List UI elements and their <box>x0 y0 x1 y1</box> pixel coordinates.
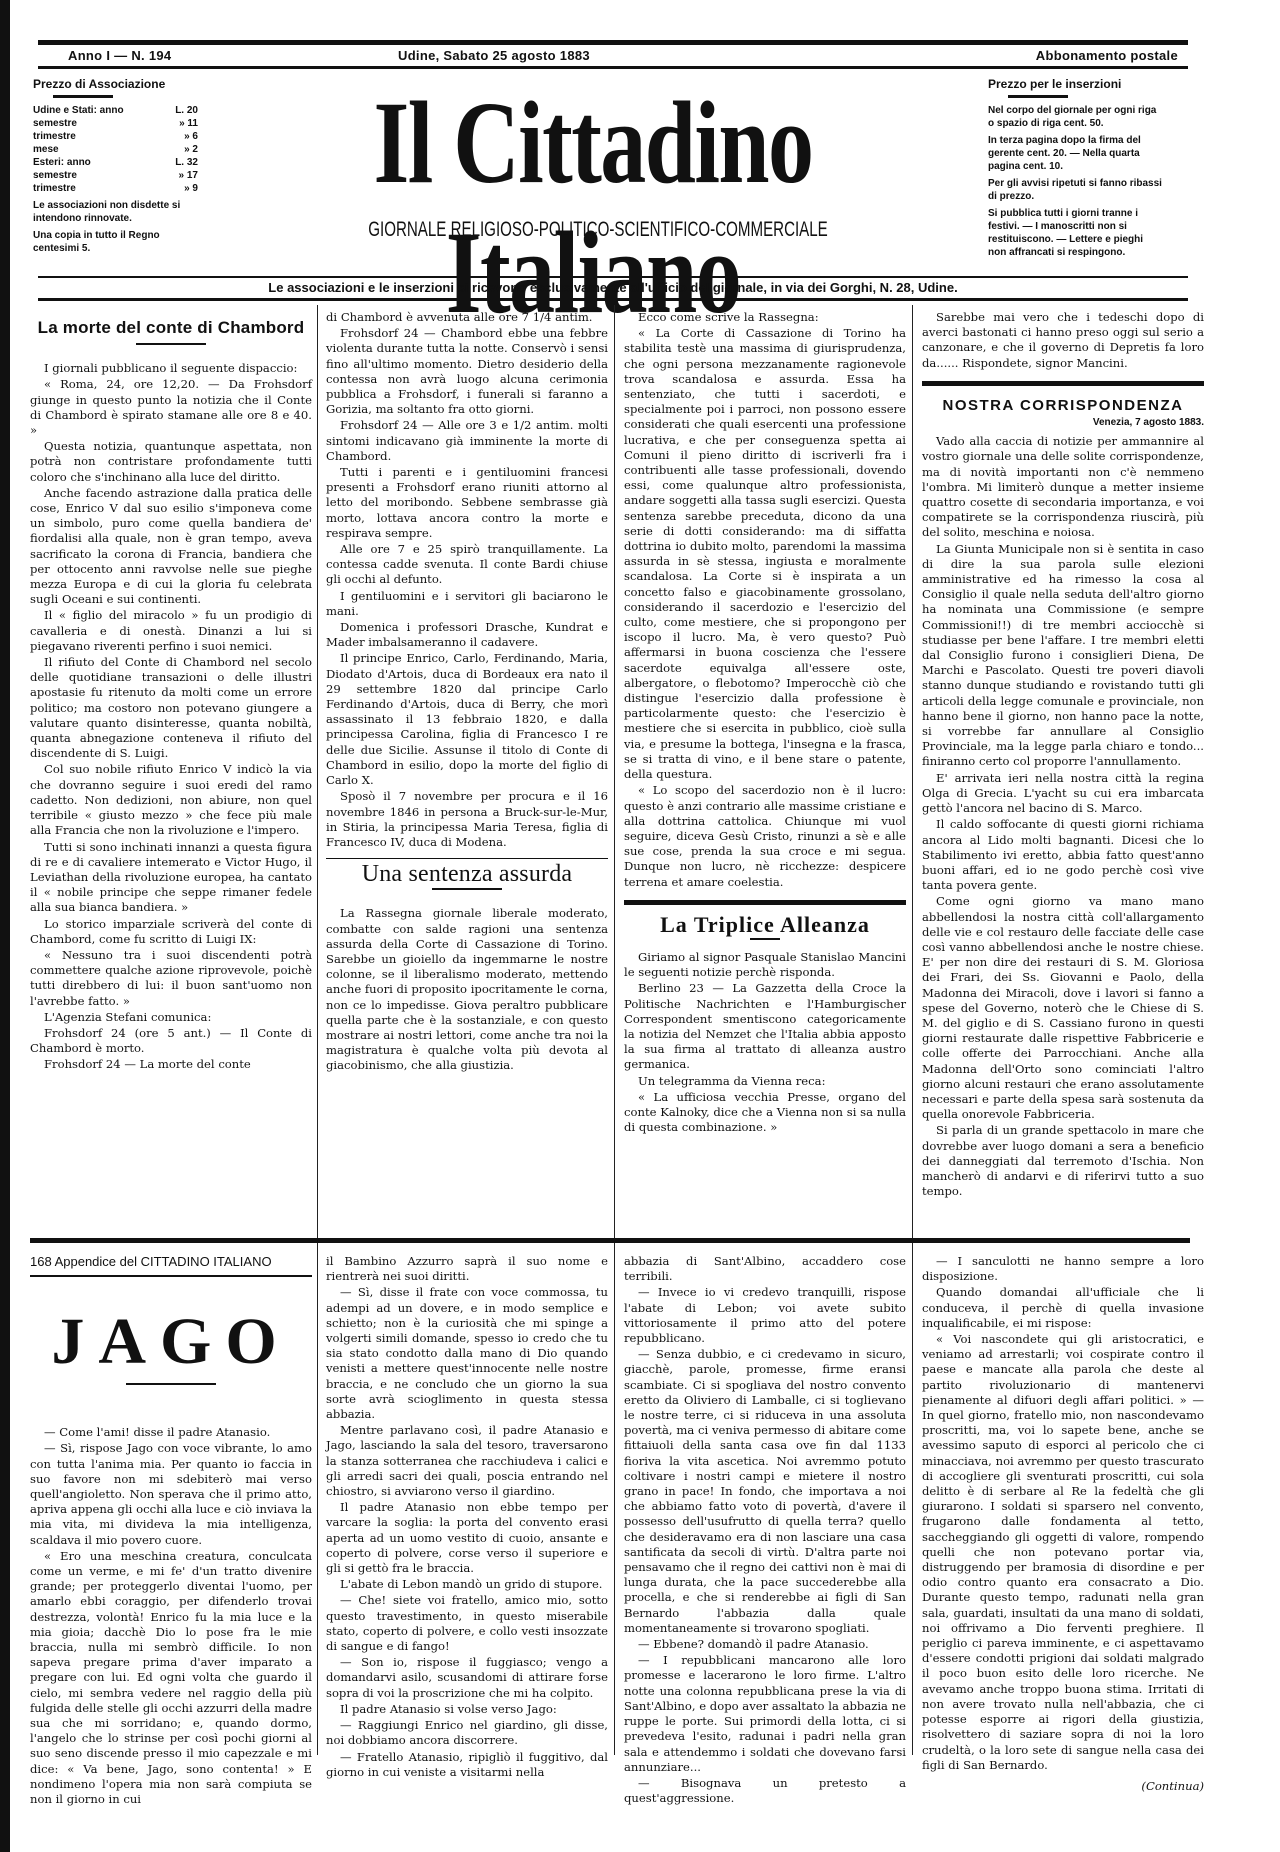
price-note: Per gli avvisi ripetuti si fanno ribassi… <box>988 177 1163 203</box>
column-2: di Chambord è avvenuta alle ore 7 1/4 an… <box>326 310 608 1075</box>
paragraph: La Giunta Municipale non si è sentita in… <box>922 542 1204 770</box>
paragraph: « Ero una meschina creatura, conculcata … <box>30 1549 312 1807</box>
paragraph: Il padre Atanasio si volse verso Jago: <box>326 1702 608 1717</box>
paragraph: Il « figlio del miracolo » fu un prodigi… <box>30 608 312 654</box>
paragraph: « Voi nascondete qui gli aristocratici, … <box>922 1332 1204 1773</box>
paragraph: L'Agenzia Stefani comunica: <box>30 1010 312 1025</box>
appendix-column-3: abbazia di Sant'Albino, accaddero cose t… <box>624 1254 906 1807</box>
appendix-header: 168 Appendice del CITTADINO ITALIANO <box>30 1250 312 1277</box>
price-row: trimestre» 9 <box>33 182 198 195</box>
top-rule <box>38 40 1188 45</box>
paragraph: Il caldo soffocante di questi giorni ric… <box>922 817 1204 893</box>
article-title: Una sentenza assurda <box>326 867 608 882</box>
section-rule <box>326 858 608 859</box>
column-divider <box>614 305 615 1755</box>
paragraph: Sarebbe mai vero che i tedeschi dopo di … <box>922 310 1204 371</box>
article-title: La morte del conte di Chambord <box>30 320 312 335</box>
ornament-rule <box>53 95 113 98</box>
price-row: Udine e Stati: annoL. 20 <box>33 104 198 117</box>
ornament-rule <box>1008 95 1068 98</box>
paragraph: Tutti i parenti e i gentiluomini frances… <box>326 465 608 541</box>
paragraph: « La Corte di Cassazione di Torino ha st… <box>624 326 906 782</box>
paragraph: La Rassegna giornale liberale moderato, … <box>326 906 608 1073</box>
paragraph: — Raggiungi Enrico nel giardino, gli dis… <box>326 1718 608 1748</box>
paragraph: di Chambord è avvenuta alle ore 7 1/4 an… <box>326 310 608 325</box>
paragraph: Il padre Atanasio non ebbe tempo per var… <box>326 1500 608 1576</box>
paragraph: Il rifiuto del Conte di Chambord nel sec… <box>30 655 312 761</box>
paragraph: I gentiluomini e i servitori gli baciaro… <box>326 589 608 619</box>
paragraph: Giriamo al signor Pasquale Stanislao Man… <box>624 950 906 980</box>
insertion-prices-title: Prezzo per le inserzioni <box>988 78 1163 91</box>
subscription-prices: Prezzo di Associazione Udine e Stati: an… <box>33 78 198 255</box>
appendix-column-4: — I sanculotti ne hanno sempre a loro di… <box>922 1254 1204 1794</box>
price-row: Esteri: annoL. 32 <box>33 156 198 169</box>
dateline-bar: Anno I — N. 194 Udine, Sabato 25 agosto … <box>38 48 1188 64</box>
paragraph: Tutti si sono inchinati innanzi a questa… <box>30 840 312 916</box>
paragraph: — Come l'ami! disse il padre Atanasio. <box>30 1425 312 1440</box>
title-rule <box>136 343 206 345</box>
title-rule <box>432 888 502 890</box>
price-note: Nel corpo del giornale per ogni riga o s… <box>988 104 1163 130</box>
issue-date: Udine, Sabato 25 agosto 1883 <box>398 48 590 63</box>
appendix-column-1: 168 Appendice del CITTADINO ITALIANO JAG… <box>30 1250 312 1808</box>
paragraph: I giornali pubblicano il seguente dispac… <box>30 361 312 376</box>
appendix-column-2: il Bambino Azzurro saprà il suo nome e r… <box>326 1254 608 1781</box>
paragraph: Mentre parlavano così, il padre Atanasio… <box>326 1423 608 1499</box>
article-title: La Triplice Alleanza <box>624 917 906 932</box>
column-4: Sarebbe mai vero che i tedeschi dopo di … <box>922 310 1204 1200</box>
paragraph: Come ogni giorno va mano mano abbellendo… <box>922 894 1204 1122</box>
price-note: Una copia in tutto il Regno centesimi 5. <box>33 229 198 255</box>
paragraph: « Roma, 24, ore 12,20. — Da Frohsdorf gi… <box>30 377 312 438</box>
title-rule <box>126 1383 216 1385</box>
paragraph: L'abate di Lebon mandò un grido di stupo… <box>326 1577 608 1592</box>
paragraph: Ecco come scrive la Rassegna: <box>624 310 906 325</box>
section-rule <box>624 900 906 905</box>
paragraph: Frohsdorf 24 — Chambord ebbe una febbre … <box>326 326 608 417</box>
paragraph: — Che! siete voi fratello, amico mio, so… <box>326 1593 608 1654</box>
paragraph: Anche facendo astrazione dalla pratica d… <box>30 486 312 608</box>
article-title: NOSTRA CORRISPONDENZA <box>922 398 1204 413</box>
price-row: semestre» 11 <box>33 117 198 130</box>
paragraph: — Fratello Atanasio, ripigliò il fuggiti… <box>326 1750 608 1780</box>
issue-number: Anno I — N. 194 <box>68 48 171 63</box>
paragraph: — Son io, rispose il fuggiasco; vengo a … <box>326 1655 608 1701</box>
paragraph: — Bisognava un pretesto a quest'aggressi… <box>624 1776 906 1806</box>
masthead-rule <box>38 276 1188 278</box>
paragraph: Si parla di un grande spettacolo in mare… <box>922 1123 1204 1199</box>
paragraph: Un telegramma da Vienna reca: <box>624 1074 906 1089</box>
paragraph: — Ebbene? domandò il padre Atanasio. <box>624 1637 906 1652</box>
price-row: mese» 2 <box>33 143 198 156</box>
column-3: Ecco come scrive la Rassegna: « La Corte… <box>624 310 906 1136</box>
paragraph: Vado alla caccia di notizie per ammannir… <box>922 434 1204 540</box>
column-1: La morte del conte di Chambord I giornal… <box>30 306 312 1074</box>
paragraph: Quando domandai all'ufficiale che li con… <box>922 1285 1204 1331</box>
office-rule <box>38 298 1188 301</box>
price-note: In terza pagina dopo la firma del gerent… <box>988 134 1163 173</box>
paragraph: Frohsdorf 24 (ore 5 ant.) — Il Conte di … <box>30 1026 312 1056</box>
newspaper-page: Anno I — N. 194 Udine, Sabato 25 agosto … <box>28 0 1193 1852</box>
continued-marker: (Continua) <box>922 1779 1204 1794</box>
paragraph: il Bambino Azzurro saprà il suo nome e r… <box>326 1254 608 1284</box>
paragraph: abbazia di Sant'Albino, accaddero cose t… <box>624 1254 906 1284</box>
paragraph: « La ufficiosa vecchia Presse, organo de… <box>624 1090 906 1136</box>
column-divider <box>912 305 913 1755</box>
subscription-prices-title: Prezzo di Associazione <box>33 78 198 91</box>
paragraph: — Senza dubbio, e ci credevamo in sicuro… <box>624 1347 906 1636</box>
paragraph: « Nessuno tra i suoi discendenti potrà c… <box>30 948 312 1009</box>
dateline-rule <box>38 66 1188 69</box>
title-rule <box>750 938 780 940</box>
newspaper-subtitle: GIORNALE RELIGIOSO-POLITICO-SCIENTIFICO-… <box>368 218 829 242</box>
paragraph: Sposò il 7 novembre per procura e il 16 … <box>326 789 608 850</box>
paragraph: Frohsdorf 24 — Alle ore 3 e 1/2 antim. m… <box>326 418 608 464</box>
price-note: Si pubblica tutti i giorni tranne i fest… <box>988 207 1163 259</box>
correspondence-dateline: Venezia, 7 agosto 1883. <box>922 415 1204 430</box>
serial-title: JAGO <box>30 1307 312 1377</box>
paragraph: Alle ore 7 e 25 spirò tranquillamente. L… <box>326 542 608 588</box>
column-divider <box>317 305 318 1755</box>
paragraph: Frohsdorf 24 — La morte del conte <box>30 1057 312 1072</box>
paragraph: E' arrivata ieri nella nostra città la r… <box>922 771 1204 817</box>
paragraph: — Sì, disse il frate con voce commossa, … <box>326 1285 608 1422</box>
paragraph: — I sanculotti ne hanno sempre a loro di… <box>922 1254 1204 1284</box>
price-row: trimestre» 6 <box>33 130 198 143</box>
paragraph: Col suo nobile rifiuto Enrico V indicò l… <box>30 762 312 838</box>
appendix-separator <box>30 1238 1190 1243</box>
paragraph: « Lo scopo del sacerdozio non è il lucro… <box>624 783 906 889</box>
paragraph: — I repubblicani mancarono alle loro pro… <box>624 1653 906 1775</box>
office-notice: Le associazioni e le inserzioni si ricev… <box>38 280 1188 295</box>
price-note: Le associazioni non disdette si intendon… <box>33 199 198 225</box>
paragraph: Lo storico imparziale scriverà del conte… <box>30 917 312 947</box>
paragraph: Il principe Enrico, Carlo, Ferdinando, M… <box>326 651 608 788</box>
paragraph: Questa notizia, quantunque aspettata, no… <box>30 439 312 485</box>
section-rule <box>922 381 1204 386</box>
scan-left-border <box>0 0 10 1852</box>
paragraph: Domenica i professori Drasche, Kundrat e… <box>326 620 608 650</box>
price-row: semestre» 17 <box>33 169 198 182</box>
paragraph: — Sì, rispose Jago con voce vibrante, lo… <box>30 1441 312 1547</box>
postal-subscription: Abbonamento postale <box>1036 48 1178 63</box>
paragraph: — Invece io vi credevo tranquilli, rispo… <box>624 1285 906 1346</box>
paragraph: Berlino 23 — La Gazzetta della Croce la … <box>624 981 906 1072</box>
insertion-prices: Prezzo per le inserzioni Nel corpo del g… <box>988 78 1163 259</box>
